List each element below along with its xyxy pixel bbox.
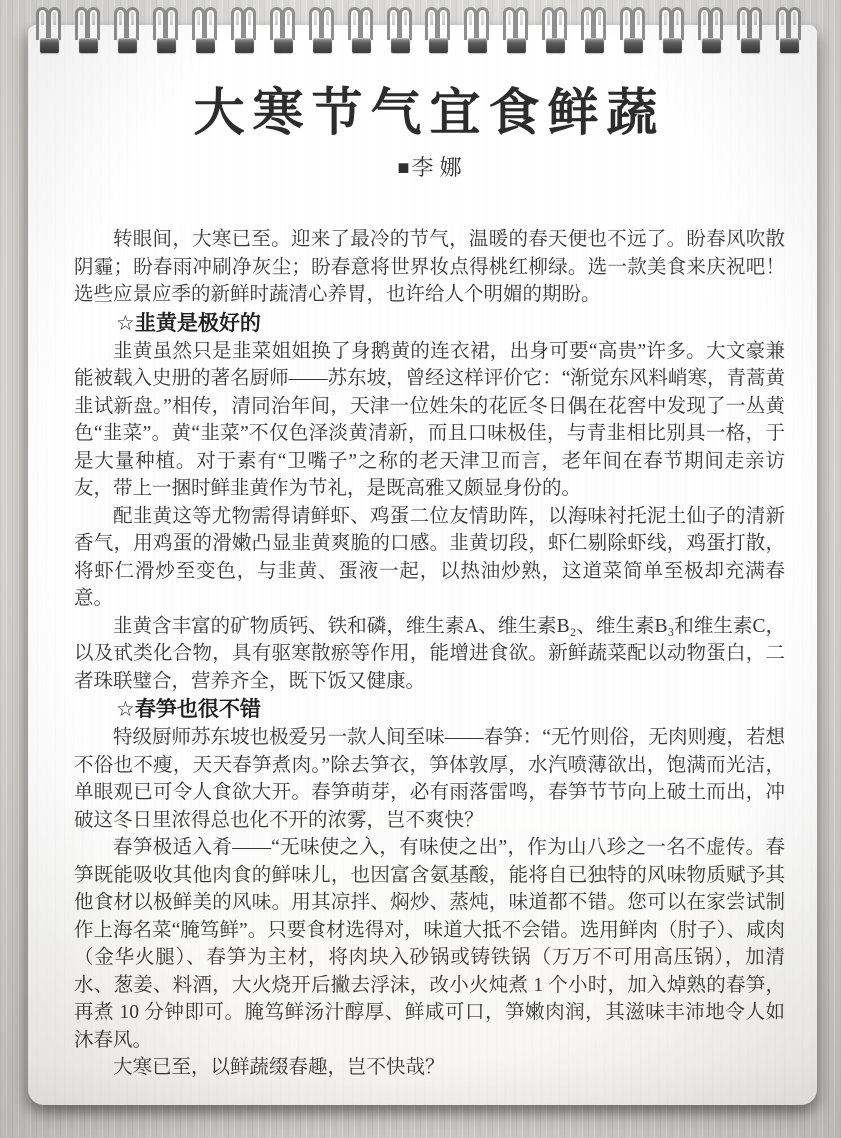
spiral-ring	[35, 7, 65, 57]
spiral-ring	[619, 7, 649, 57]
author-square-marker-icon: ■	[397, 157, 409, 179]
article-paragraph: 大寒已至，以鲜蔬缀春趣，岂不快哉？	[74, 1054, 785, 1082]
author-name: 李 娜	[411, 155, 461, 180]
spiral-ring	[269, 7, 299, 57]
spiral-ring	[697, 7, 727, 57]
article-paragraph: 特级厨师苏东坡也极爱另一款人间至味——春笋：“无竹则俗，无肉则瘦，若想不俗也不瘦…	[74, 724, 785, 834]
article-paragraph: 春笋极适入肴——“无味使之入，有味使之出”，作为山八珍之一名不虚传。春笋既能吸收…	[74, 834, 785, 1054]
spiral-ring	[463, 7, 493, 57]
spiral-ring	[74, 7, 104, 57]
author-line: ■李 娜	[74, 153, 785, 184]
spiral-ring	[736, 7, 766, 57]
spiral-ring	[230, 7, 260, 57]
spiral-ring	[308, 7, 338, 57]
article-paragraph: 配韭黄这等尤物需得请鲜虾、鸡蛋二位友情助阵，以海味衬托泥土仙子的清新香气，用鸡蛋…	[74, 503, 785, 613]
article-paragraph: 韭黄含丰富的矿物质钙、铁和磷，维生素A、维生素B₂、维生素B₃和维生素C，以及甙…	[74, 613, 785, 696]
spiral-ring	[152, 7, 182, 57]
spiral-ring	[580, 7, 610, 57]
spiral-ring	[502, 7, 532, 57]
page-content: 大寒节气宜食鲜蔬 ■李 娜 转眼间，大寒已至。迎来了最冷的节气，温暖的春天便也不…	[28, 25, 817, 1105]
photo-backdrop: { "colors": { "backdrop": "#d8d7d4", "pa…	[0, 0, 841, 1138]
section-heading: ☆春笋也很不错	[74, 695, 785, 724]
spiral-ring	[775, 7, 805, 57]
section-heading: ☆韭黄是极好的	[74, 309, 785, 338]
spiral-ring	[424, 7, 454, 57]
spiral-ring	[541, 7, 571, 57]
spiral-ring	[347, 7, 377, 57]
article-paragraph: 韭黄虽然只是韭菜姐姐换了身鹅黄的连衣裙，出身可要“高贵”许多。大文豪兼能被载入史…	[74, 338, 785, 503]
notebook-page: 大寒节气宜食鲜蔬 ■李 娜 转眼间，大寒已至。迎来了最冷的节气，温暖的春天便也不…	[28, 25, 817, 1105]
spiral-ring	[113, 7, 143, 57]
spiral-ring	[386, 7, 416, 57]
article-paragraph: 转眼间，大寒已至。迎来了最冷的节气，温暖的春天便也不远了。盼春风吹散阴霾；盼春雨…	[74, 226, 785, 309]
spiral-binding	[28, 0, 817, 58]
spiral-ring	[658, 7, 688, 57]
article-body: 转眼间，大寒已至。迎来了最冷的节气，温暖的春天便也不远了。盼春风吹散阴霾；盼春雨…	[74, 226, 785, 1082]
page-title: 大寒节气宜食鲜蔬	[74, 83, 785, 143]
spiral-ring	[191, 7, 221, 57]
